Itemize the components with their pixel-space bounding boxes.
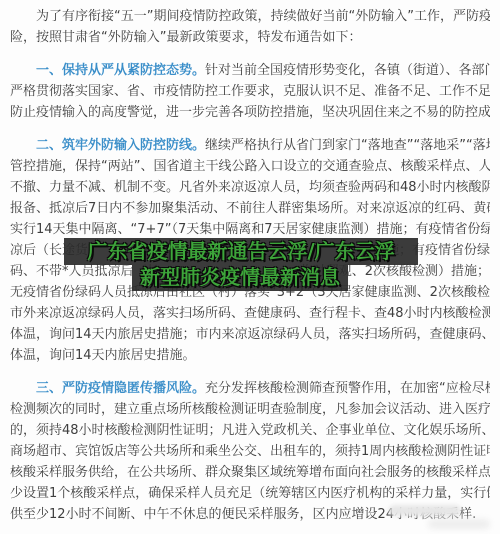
line-text: 继续严格执行从省门到家门“落地查”“落地采”“落地控”的闭环	[205, 138, 490, 153]
text-line: 核酸采样服务供给，在公共场所、群众聚集区域统筹增布面向社会服务的核酸采样点，确保…	[10, 462, 490, 483]
watermark-line-2: 新型肺炎疫情最新消息	[132, 265, 348, 291]
text-line: 报备、抵凉后7日内不参加聚集活动、不前往人群密集场所。对来凉返凉的红码、黄码人员…	[10, 198, 490, 219]
section-heading: 三、严防疫情隐匿传播风险。	[36, 381, 205, 396]
text-line: 二、筑牢外防输入防控防线。继续严格执行从省门到家门“落地查”“落地采”“落地控”…	[10, 135, 490, 156]
watermark-line-1: 广东省疫情最新通告云浮/广东云浮	[64, 238, 418, 265]
line-text: 充分发挥核酸检测筛查预警作用，在加密“应检尽检”人群定期核酸	[205, 381, 490, 396]
redaction-blur	[389, 505, 461, 516]
text-line: 为了有序衔接“五一”期间疫情防控政策，持续做好当前“外防输入”工作，严防疫情输入…	[10, 6, 490, 27]
text-line: 一、保持从严从紧防控态势。针对当前全国疫情形势变化，各镇（街道）、各部门（单位）…	[10, 60, 490, 81]
text-line: 严格贯彻落实国家、省、市疫情防控工作要求，克服认识不足、准备不足、工作不足等问题…	[10, 81, 490, 102]
text-line: 体温，询问14天内旅居史措施；市内来凉返凉绿码人员，落实扫场所码，查健康码、查行…	[10, 324, 490, 345]
paragraph-2: 一、保持从严从紧防控态势。针对当前全国疫情形势变化，各镇（街道）、各部门（单位）…	[10, 60, 490, 123]
text-line: 商场超市、宾馆饭店等公共场所和乘坐公交、出租车的，须持1周内核酸检测阴性证明。要…	[10, 441, 490, 462]
paragraph-1: 为了有序衔接“五一”期间疫情防控政策，持续做好当前“外防输入”工作，严防疫情输入…	[10, 6, 490, 48]
section-heading: 二、筑牢外防输入防控防线。	[36, 138, 205, 153]
section-heading: 一、保持从严从紧防控态势。	[36, 63, 205, 78]
paragraph-4: 三、严防疫情隐匿传播风险。充分发挥核酸检测筛查预警作用，在加密“应检尽检”人群定…	[10, 378, 490, 525]
text-line: 管控措施，保持“两站”、国省道主干线公路入口设立的交通查验点、核酸采样点、人员转…	[10, 156, 490, 177]
text-line: 实行14天集中隔离、“7+7”（7天集中隔离和7天居家健康监测）措施；有疫情省份…	[10, 219, 490, 240]
text-line: 不撤、力量不减、机制不变。凡省外来凉返凉人员，均须查验两码和48小时内核酸阴性证…	[10, 177, 490, 198]
line-text: 针对当前全国疫情形势变化，各镇（街道）、各部门（单位）要继续	[205, 63, 490, 78]
text-line: 的，须持48小时核酸检测阴性证明；凡进入党政机关、企事业单位、文化娱乐场所、旅游…	[10, 420, 490, 441]
text-line: 少设置1个核酸采样点，确保采样人员充足（统筹辖区内医疗机构的采样力量，实行倒班制…	[10, 483, 490, 504]
text-line: 体温，询问14天内旅居史措施。	[10, 345, 490, 366]
text-line: 市外来凉返凉绿码人员，落实扫场所码、查健康码、查行程卡、查48小时内核酸检测阴性…	[10, 303, 490, 324]
text-line: 险，按照甘肃省“外防输入”最新政策要求，特发布通告如下：	[10, 27, 490, 48]
text-line: 防止疫情输入的高度警觉，进一步完善各项防控措施，坚决巩固住来之不易的防控成果。	[10, 102, 490, 123]
text-line: 检测频次的同时，建立重点场所核酸检测证明查验制度，凡参加会议活动、进入医疗机构和…	[10, 399, 490, 420]
redaction-blur-faint	[428, 519, 490, 529]
text-line: 三、严防疫情隐匿传播风险。充分发挥核酸检测筛查预警作用，在加密“应检尽检”人群定…	[10, 378, 490, 399]
